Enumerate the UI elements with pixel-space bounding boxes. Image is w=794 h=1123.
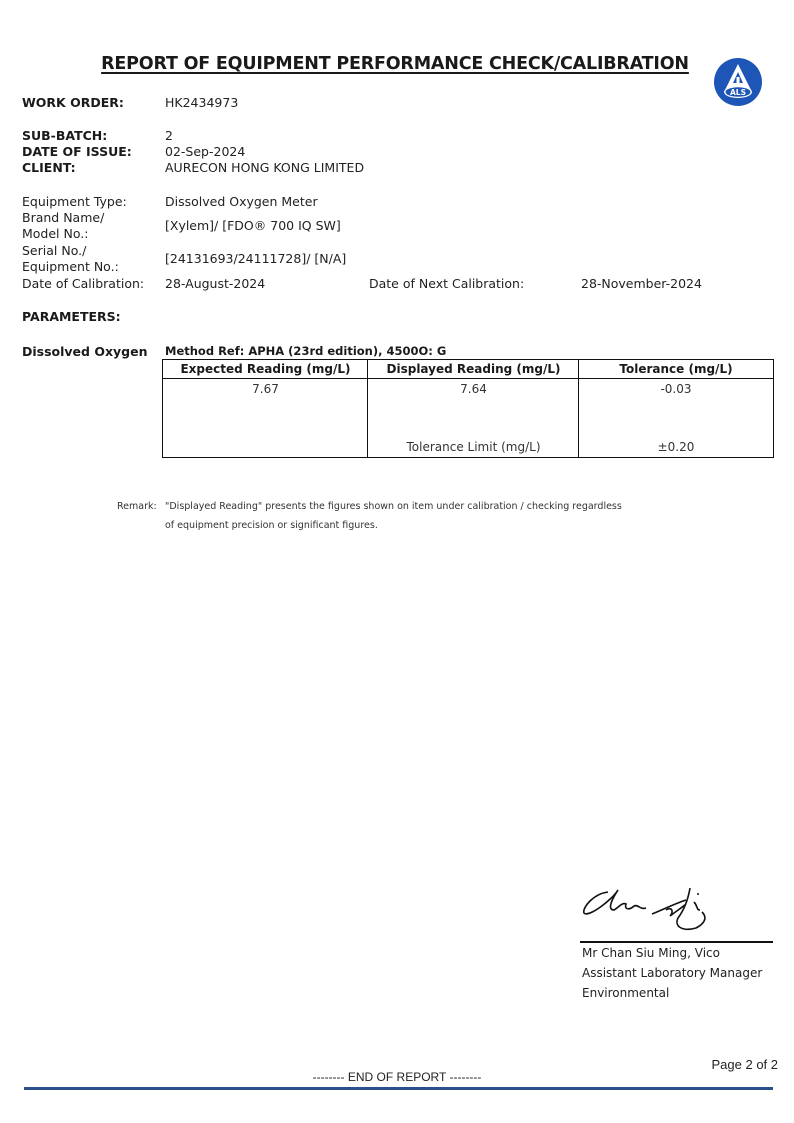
brand-label-2: Model No.: xyxy=(22,226,88,241)
work-order-value: HK2434973 xyxy=(165,95,238,110)
header-expected: Expected Reading (mg/L) xyxy=(163,361,368,378)
results-table: Expected Reading (mg/L) Displayed Readin… xyxy=(162,359,774,458)
next-calibration-label: Date of Next Calibration: xyxy=(369,276,524,291)
end-of-report: -------- END OF REPORT -------- xyxy=(0,1070,794,1084)
date-of-issue-label: DATE OF ISSUE: xyxy=(22,144,132,159)
date-of-issue-value: 02-Sep-2024 xyxy=(165,144,245,159)
svg-text:ALS: ALS xyxy=(730,88,746,97)
equipment-type-value: Dissolved Oxygen Meter xyxy=(165,194,318,209)
header-displayed: Displayed Reading (mg/L) xyxy=(368,361,579,378)
brand-value: [Xylem]/ [FDO® 700 IQ SW] xyxy=(165,218,341,233)
signature-line xyxy=(580,941,773,943)
tolerance-limit-label: Tolerance Limit (mg/L) xyxy=(368,440,579,454)
client-label: CLIENT: xyxy=(22,160,76,175)
calibration-date-value: 28-August-2024 xyxy=(165,276,265,291)
client-value: AURECON HONG KONG LIMITED xyxy=(165,160,364,175)
cell-expected: 7.67 xyxy=(163,382,368,396)
equipment-type-label: Equipment Type: xyxy=(22,194,127,209)
report-title: REPORT OF EQUIPMENT PERFORMANCE CHECK/CA… xyxy=(0,54,794,74)
serial-label-1: Serial No./ xyxy=(22,243,86,258)
work-order-label: WORK ORDER: xyxy=(22,95,124,110)
serial-label-2: Equipment No.: xyxy=(22,259,119,274)
tolerance-limit-value: ±0.20 xyxy=(579,440,773,454)
serial-value: [24131693/24111728]/ [N/A] xyxy=(165,251,346,266)
parameters-heading: PARAMETERS: xyxy=(22,309,121,324)
brand-label-1: Brand Name/ xyxy=(22,210,104,225)
cell-tolerance: -0.03 xyxy=(579,382,773,396)
parameter-name: Dissolved Oxygen xyxy=(22,344,148,359)
remark-line-2: of equipment precision or significant fi… xyxy=(165,520,378,531)
cell-displayed: 7.64 xyxy=(368,382,579,396)
calibration-date-label: Date of Calibration: xyxy=(22,276,144,291)
sub-batch-value: 2 xyxy=(165,128,173,143)
sub-batch-label: SUB-BATCH: xyxy=(22,128,107,143)
signature-icon xyxy=(578,880,738,938)
header-tolerance: Tolerance (mg/L) xyxy=(579,361,773,378)
als-logo-icon: ALS xyxy=(713,57,763,107)
header-divider xyxy=(163,378,773,379)
signatory-department: Environmental xyxy=(582,986,669,1000)
signatory-name: Mr Chan Siu Ming, Vico xyxy=(582,946,720,960)
next-calibration-value: 28-November-2024 xyxy=(581,276,702,291)
method-ref: Method Ref: APHA (23rd edition), 4500O: … xyxy=(165,344,446,358)
footer-rule xyxy=(24,1087,773,1090)
remark-label: Remark: xyxy=(117,501,157,512)
signatory-title: Assistant Laboratory Manager xyxy=(582,966,762,980)
remark-line-1: "Displayed Reading" presents the figures… xyxy=(165,501,622,512)
